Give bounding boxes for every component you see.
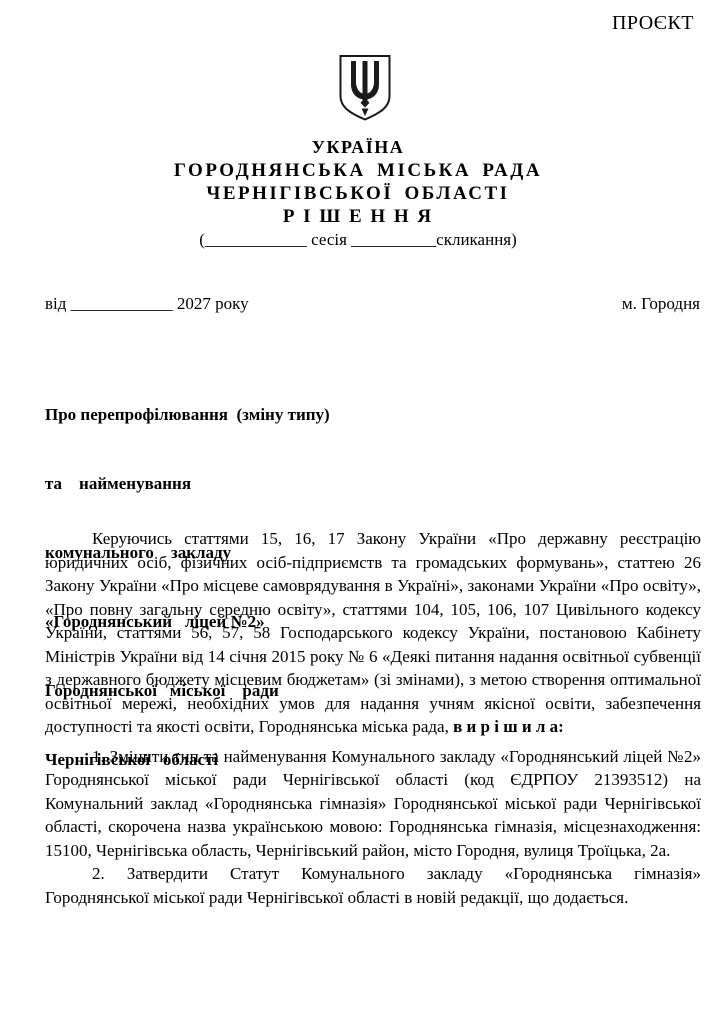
- subject-line: Про перепрофілювання (зміну типу): [45, 403, 330, 426]
- header-council-name: ГОРОДНЯНСЬКА МІСЬКА РАДА: [28, 159, 688, 182]
- resolution-item-2: 2. Затвердити Статут Комунального заклад…: [45, 862, 701, 909]
- subject-line: та найменування: [45, 472, 330, 495]
- letterhead: УКРАЇНА ГОРОДНЯНСЬКА МІСЬКА РАДА ЧЕРНІГІ…: [28, 136, 688, 251]
- document-body: Керуючись статтями 15, 16, 17 Закону Укр…: [45, 527, 701, 909]
- preamble-text: Керуючись статтями 15, 16, 17 Закону Укр…: [45, 529, 701, 736]
- resolved-word: в и р і ш и л а:: [453, 717, 564, 736]
- header-session-line: (____________ сесія __________скликання): [28, 229, 688, 251]
- place-name: м. Городня: [622, 294, 700, 314]
- preamble-paragraph: Керуючись статтями 15, 16, 17 Закону Укр…: [45, 527, 701, 739]
- resolution-item-1: 1. Змінити тип та найменування Комунальн…: [45, 745, 701, 863]
- date-blank-line: від ____________ 2027 року: [45, 294, 249, 314]
- ukraine-trident-shield-icon: [338, 54, 392, 122]
- emblem-container: [20, 54, 710, 127]
- header-region: ЧЕРНІГІВСЬКОЇ ОБЛАСТІ: [28, 182, 688, 205]
- draft-label: ПРОЄКТ: [612, 12, 694, 35]
- header-country: УКРАЇНА: [28, 136, 688, 159]
- document-page: ПРОЄКТ УКРАЇНА ГОРОДНЯНСЬКА МІСЬКА РАДА …: [0, 0, 710, 1024]
- header-doc-type: Р І Ш Е Н Н Я: [28, 205, 688, 228]
- meta-row: від ____________ 2027 року м. Городня: [45, 294, 700, 314]
